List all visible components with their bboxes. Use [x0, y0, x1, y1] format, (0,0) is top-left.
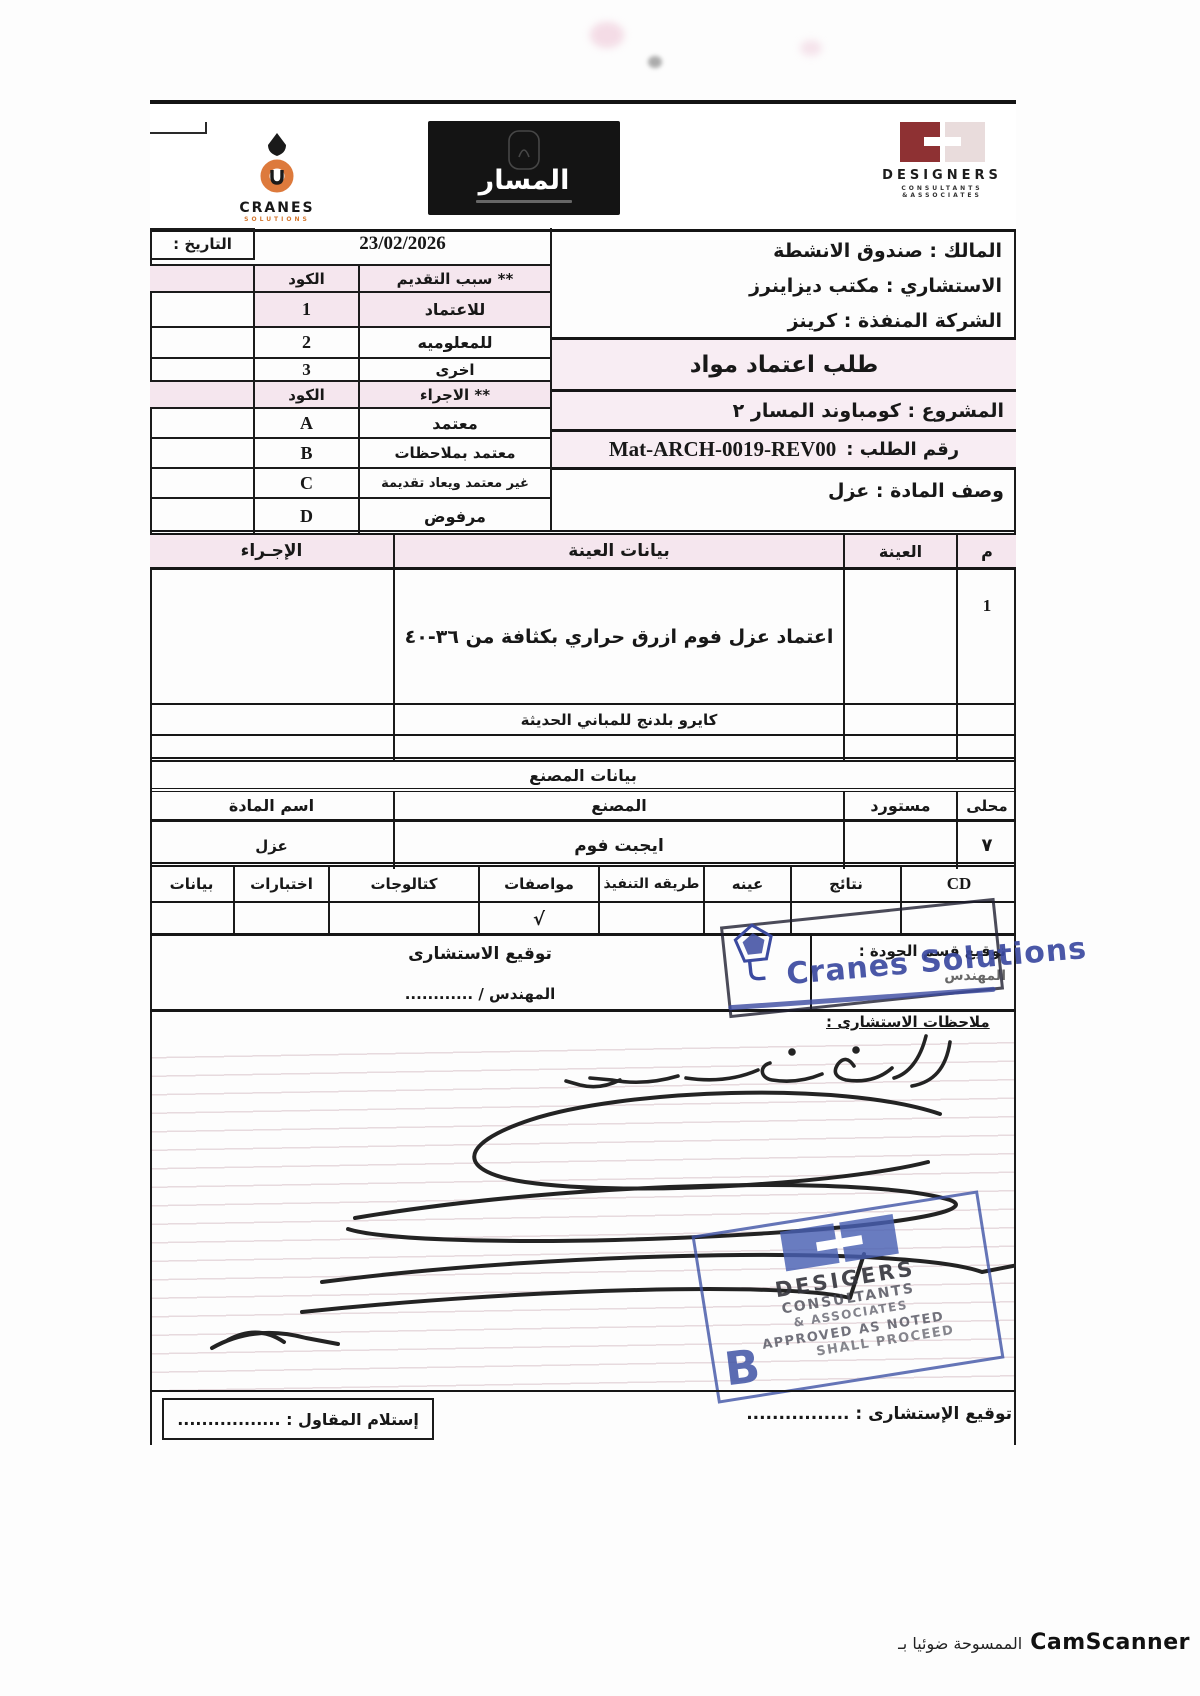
consultant-signature-title: توقيع الاستشارى [408, 944, 552, 964]
project-box: المشروع : كومباوند المسار ٢ [552, 392, 1016, 432]
contractor-receipt-text: إستلام المقاول : ................. [177, 1410, 419, 1429]
sample-header-row: الإجـراء بيانات العينة العينة م [150, 535, 1016, 570]
action-label: معتمد [432, 414, 477, 433]
code-entry-box [150, 382, 255, 407]
action-header-row: الكود الاجراء ** [150, 382, 550, 409]
material-name-value: عزل [255, 837, 288, 855]
camscanner-label: CamScanner [1030, 1630, 1190, 1655]
manufacturer-header-row: اسم المادة المصنع مستورد محلى [150, 792, 1016, 822]
col-results: نتائج [829, 875, 863, 893]
masar-emblem-icon [506, 129, 542, 175]
sample-row-no: 1 [983, 596, 992, 616]
designers-light-square-icon [945, 122, 985, 162]
code-entry-box [150, 469, 255, 497]
scan-artifact-hook [150, 122, 207, 134]
col-sample: العينة [879, 542, 922, 561]
codes-table: الكود سبب التقديم ** 1 للاعتماد 2 للمعلو… [150, 264, 550, 535]
stamp-square-icon [839, 1214, 899, 1262]
action-code: C [300, 473, 313, 494]
scan-smudge [590, 22, 624, 48]
masar-logo: المسار [428, 121, 620, 215]
code-entry-box [150, 266, 255, 291]
bottom-consultant-sign: توقيع الإستشارى : ................ [746, 1404, 1012, 1424]
supplier-text: كايرو بلدنج للمباني الحديثة [521, 711, 718, 729]
submission-header: سبب التقديم ** [397, 270, 514, 288]
designers-dark-square-icon [900, 122, 940, 162]
col-data-docs: بيانات [170, 875, 214, 893]
cranes-logo-name: CRANES [239, 200, 314, 216]
scan-note-text: الممسوحة ضوئيا بـ [898, 1634, 1022, 1653]
stamp-square-icon [780, 1223, 840, 1271]
action-label: معتمد بملاحظات [394, 444, 515, 462]
designers-logo: DESIGNERS CONSULTANTS &ASSOCIATES [882, 122, 1002, 199]
date-label-cell: التاريخ : [150, 228, 255, 260]
consultant-line: الاستشاري : مكتب ديزاينرز [558, 269, 1002, 304]
code-entry-box [150, 293, 255, 326]
col-imported: مستورد [870, 796, 930, 815]
col-catalogs: كتالوجات [370, 875, 437, 893]
col-cd: CD [947, 874, 972, 894]
stamp-grade: B [722, 1338, 763, 1396]
action-row: A معتمد [150, 409, 550, 439]
request-no-box: رقم الطلب : Mat-ARCH-0019-REV00 [552, 432, 1016, 470]
manufacturer-section: بيانات المصنع اسم المادة المصنع مستورد م… [150, 757, 1016, 869]
material-desc-line: وصف المادة : عزل [828, 480, 1004, 502]
col-material-name: اسم المادة [229, 796, 314, 815]
form-title-box: طلب اعتماد مواد [552, 340, 1016, 392]
factory-value: ايجبت فوم [574, 836, 664, 856]
code-entry-box [150, 499, 255, 533]
specs-checkmark: √ [533, 909, 545, 930]
designers-logo-line3: &ASSOCIATES [902, 192, 982, 199]
designers-logo-line1: DESIGNERS [882, 168, 1002, 183]
project-line: المشروع : كومباوند المسار ٢ [733, 400, 1004, 422]
submission-label: للمعلوميه [418, 333, 493, 352]
submission-row: 1 للاعتماد [150, 293, 550, 328]
header-band: CRANES SOLUTIONS المسار DESIGNERS CONSUL… [150, 100, 1016, 232]
action-code: A [300, 413, 313, 434]
owner-line: المالك : صندوق الانشطة [558, 234, 1002, 269]
col-local: محلى [966, 797, 1007, 815]
action-code-header: الكود [288, 386, 325, 404]
code-entry-box [150, 359, 255, 380]
material-desc-box: وصف المادة : عزل [552, 470, 1016, 530]
sample-data-text: اعتماد عزل فوم ازرق حراري بكثافة من ٣٦-٤… [405, 626, 834, 648]
date-value: 23/02/2026 [359, 233, 446, 255]
action-label: مرفوض [424, 507, 486, 526]
action-row: B معتمد بملاحظات [150, 439, 550, 469]
col-sample-att: عينه [732, 875, 764, 893]
code-entry-box [150, 409, 255, 437]
action-header: الاجراء ** [420, 386, 490, 404]
col-specs: مواصفات [504, 875, 574, 893]
col-action: الإجـراء [241, 541, 303, 561]
submission-code: 2 [302, 332, 311, 353]
submission-header-row: الكود سبب التقديم ** [150, 266, 550, 293]
info-left-column: التاريخ : 23/02/2026 الكود سبب التقديم *… [150, 228, 550, 530]
form-title: طلب اعتماد مواد [690, 352, 879, 378]
submission-row: 3 اخرى [150, 359, 550, 382]
date-value-cell: 23/02/2026 [255, 228, 550, 260]
code-entry-box [150, 328, 255, 357]
contractor-receipt-box: إستلام المقاول : ................. [162, 1398, 434, 1440]
col-factory: المصنع [591, 796, 646, 815]
cranes-stamp-logo-icon [731, 920, 780, 990]
date-label: التاريخ : [173, 235, 232, 253]
contractor-line: الشركة المنفذة : كرينز [558, 304, 1002, 339]
sample-sub-row: كايرو بلدنج للمباني الحديثة [150, 705, 1016, 736]
manufacturer-title-row: بيانات المصنع [150, 762, 1016, 792]
code-entry-box [150, 439, 255, 467]
attachments-header-row: بيانات اختبارات كتالوجات مواصفات طريقه ا… [150, 867, 1016, 903]
col-tests: اختبارات [250, 875, 313, 893]
bottom-consultant-text: توقيع الإستشارى : ................ [746, 1404, 1012, 1424]
scan-smudge [800, 40, 822, 56]
designers-logo-line2: CONSULTANTS [901, 185, 982, 192]
submission-code: 1 [302, 299, 311, 320]
col-no: م [981, 542, 993, 561]
action-empty-cell [150, 570, 395, 703]
info-section: المالك : صندوق الانشطة الاستشاري : مكتب … [150, 228, 1016, 530]
bottom-row: إستلام المقاول : ................. توقيع… [150, 1390, 1016, 1445]
submission-label: اخرى [435, 361, 474, 379]
action-row: C غير معتمد ويعاد تقديمة [150, 469, 550, 499]
camscanner-watermark: الممسوحة ضوئيا بـ CamScanner [898, 1630, 1190, 1655]
engineer-dotted-line: المهندس / ............ [405, 985, 556, 1003]
sample-main-row: اعتماد عزل فوم ازرق حراري بكثافة من ٣٦-٤… [150, 570, 1016, 705]
scanned-document-page: CRANES SOLUTIONS المسار DESIGNERS CONSUL… [0, 0, 1200, 1696]
sample-empty-cell [845, 570, 958, 703]
col-sample-data: بيانات العينة [568, 541, 669, 561]
request-no-label: رقم الطلب : [846, 439, 959, 460]
local-check: ٧ [982, 835, 993, 856]
submission-label: للاعتماد [425, 300, 486, 319]
col-method: طريقه التنفيذ [604, 876, 700, 892]
consultant-signature-cell: توقيع الاستشارى المهندس / ............ [150, 936, 812, 1009]
action-label: غير معتمد ويعاد تقديمة [381, 476, 529, 491]
submission-row: 2 للمعلوميه [150, 328, 550, 359]
parties-block: المالك : صندوق الانشطة الاستشاري : مكتب … [552, 228, 1016, 340]
submission-code-header: الكود [288, 270, 325, 288]
action-code: B [300, 443, 312, 464]
cranes-logo-sub: SOLUTIONS [244, 216, 310, 223]
manufacturer-title: بيانات المصنع [529, 766, 637, 785]
cranes-ring-icon [258, 158, 296, 198]
request-no-value: Mat-ARCH-0019-REV00 [609, 437, 836, 462]
scan-smudge [648, 56, 662, 68]
date-row: التاريخ : 23/02/2026 [150, 228, 550, 260]
info-right-column: المالك : صندوق الانشطة الاستشاري : مكتب … [550, 228, 1016, 530]
submission-code: 3 [302, 360, 311, 380]
cranes-logo: CRANES SOLUTIONS [212, 132, 342, 223]
masar-logo-subline [476, 200, 572, 203]
sample-table: الإجـراء بيانات العينة العينة م اعتماد ع… [150, 530, 1016, 762]
action-code: D [300, 506, 313, 527]
